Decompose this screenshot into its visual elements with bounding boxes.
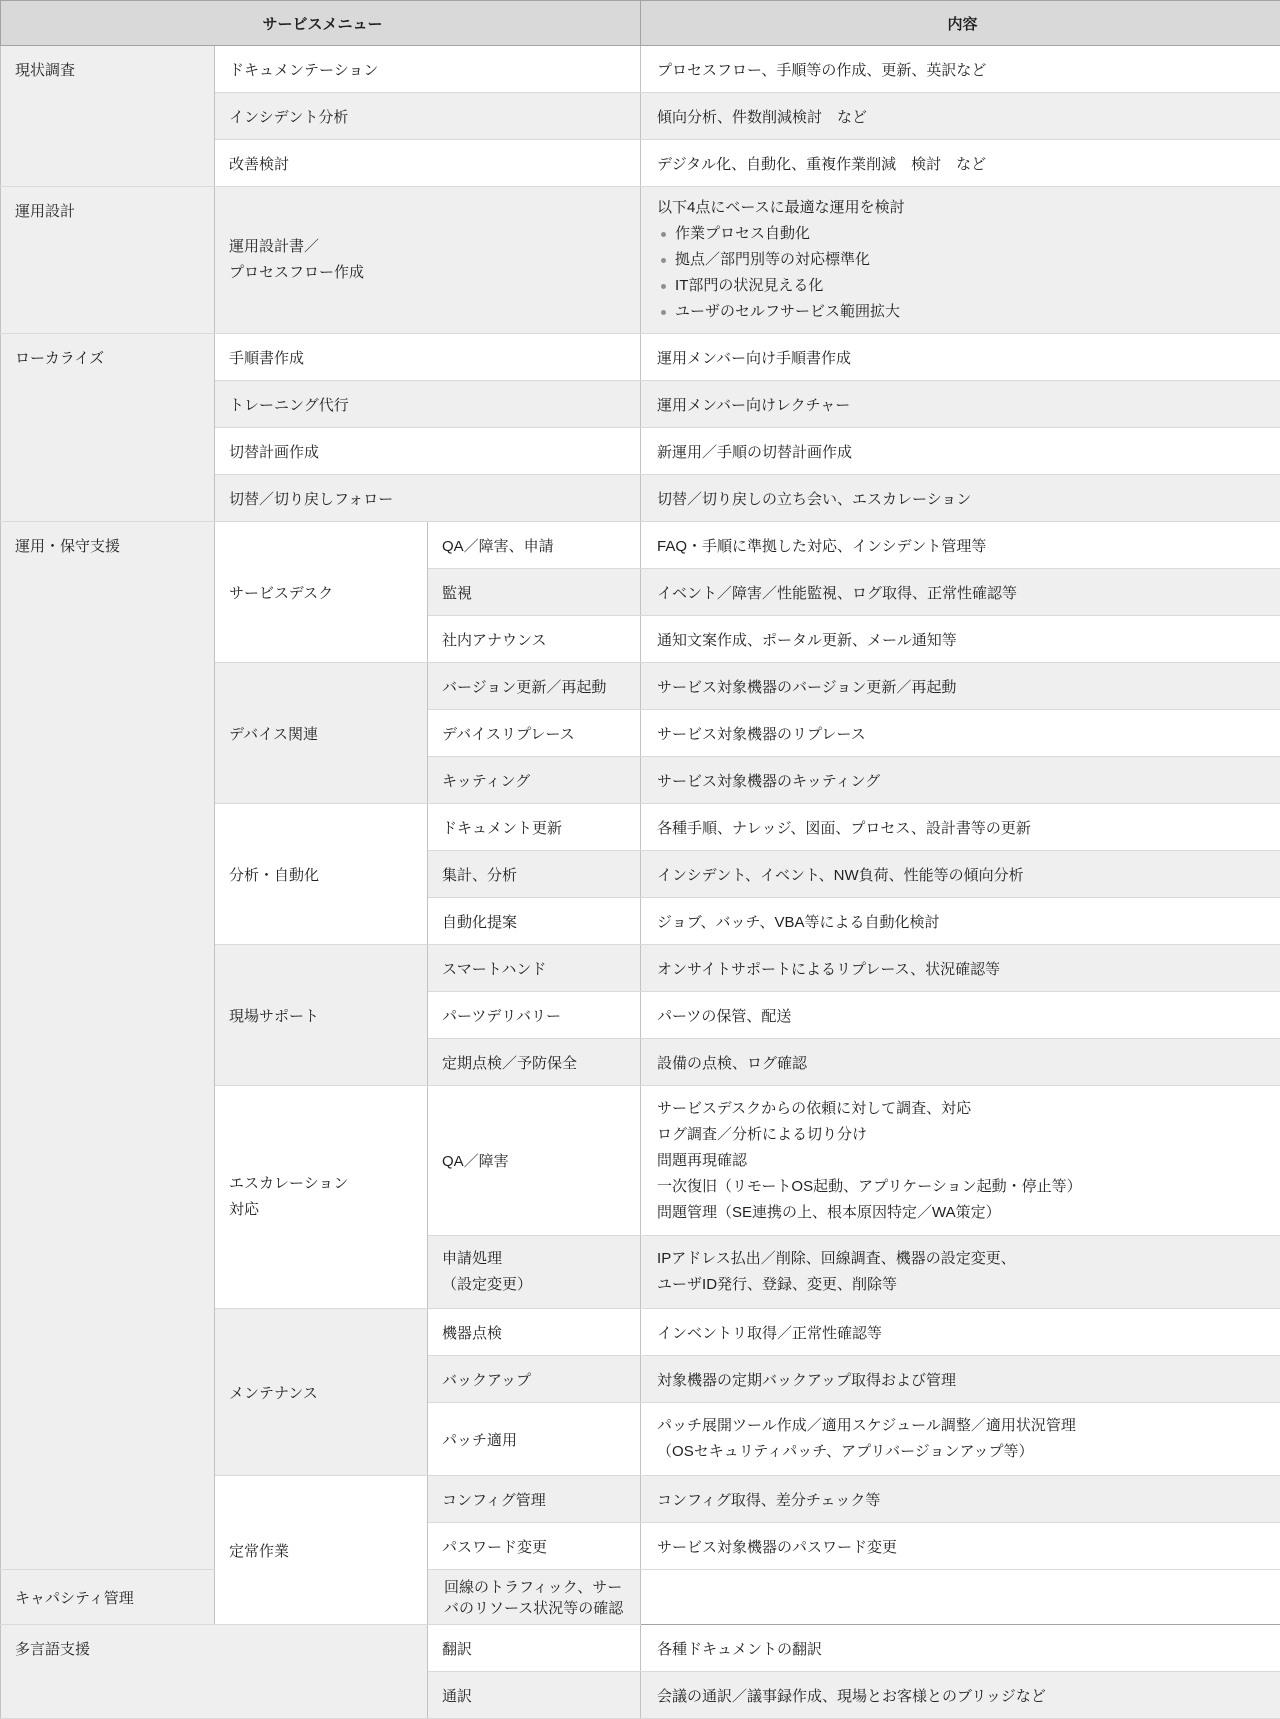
- service-item-cell: 自動化提案: [428, 898, 641, 945]
- service-item-cell: ドキュメント更新: [428, 804, 641, 851]
- content-cell: サービス対象機器のキッティング: [641, 757, 1280, 804]
- subcategory-cell: エスカレーション 対応: [215, 1086, 428, 1309]
- header-service-menu: サービスメニュー: [1, 1, 641, 46]
- content-cell: ジョブ、バッチ、VBA等による自動化検討: [641, 898, 1280, 945]
- content-cell: サービス対象機器のパスワード変更: [641, 1523, 1280, 1570]
- content-cell: 運用メンバー向け手順書作成: [641, 334, 1280, 381]
- service-item-cell: トレーニング代行: [215, 381, 641, 428]
- service-item-cell: 機器点検: [428, 1309, 641, 1356]
- content-intro: 以下4点にベースに最適な運用を検討: [657, 195, 1270, 221]
- list-item: ユーザのセルフサービス範囲拡大: [657, 299, 1270, 325]
- service-item-cell: パスワード変更: [428, 1523, 641, 1570]
- service-item-cell: パッチ適用: [428, 1403, 641, 1476]
- subcategory-cell: デバイス関連: [215, 663, 428, 804]
- category-cell: 運用・保守支援: [1, 522, 215, 1570]
- table-row: 運用設計 運用設計書／ プロセスフロー作成 以下4点にベースに最適な運用を検討 …: [1, 187, 1280, 334]
- design-consideration-list: 作業プロセス自動化 拠点／部門別等の対応標準化 IT部門の状況見える化 ユーザの…: [657, 221, 1270, 325]
- service-item-cell: パーツデリバリー: [428, 992, 641, 1039]
- table-row: ローカライズ 手順書作成 運用メンバー向け手順書作成: [1, 334, 1280, 381]
- service-item-cell: 申請処理 （設定変更）: [428, 1236, 641, 1309]
- content-cell: イベント／障害／性能監視、ログ取得、正常性確認等: [641, 569, 1280, 616]
- content-cell: 各種ドキュメントの翻訳: [641, 1625, 1280, 1672]
- subcategory-cell: 定常作業: [215, 1476, 428, 1625]
- service-item-cell: 通訳: [428, 1672, 641, 1719]
- content-cell: デジタル化、自動化、重複作業削減 検討 など: [641, 140, 1280, 187]
- service-item-cell: 切替／切り戻しフォロー: [215, 475, 641, 522]
- table-header-row: サービスメニュー 内容: [1, 1, 1280, 46]
- service-menu-table: サービスメニュー 内容 現状調査 ドキュメンテーション プロセスフロー、手順等の…: [0, 0, 1280, 1719]
- content-cell: 新運用／手順の切替計画作成: [641, 428, 1280, 475]
- content-cell: サービス対象機器のリプレース: [641, 710, 1280, 757]
- content-cell: オンサイトサポートによるリプレース、状況確認等: [641, 945, 1280, 992]
- service-item-cell: キッティング: [428, 757, 641, 804]
- service-item-cell: バージョン更新／再起動: [428, 663, 641, 710]
- category-cell: ローカライズ: [1, 334, 215, 522]
- service-item-cell: 切替計画作成: [215, 428, 641, 475]
- content-cell: 以下4点にベースに最適な運用を検討 作業プロセス自動化 拠点／部門別等の対応標準…: [641, 187, 1280, 334]
- service-item-cell: 定期点検／予防保全: [428, 1039, 641, 1086]
- content-cell: パーツの保管、配送: [641, 992, 1280, 1039]
- service-item-cell: インシデント分析: [215, 93, 641, 140]
- service-item-cell: バックアップ: [428, 1356, 641, 1403]
- category-cell: 多言語支援: [1, 1625, 428, 1719]
- table-row: 多言語支援 翻訳 各種ドキュメントの翻訳: [1, 1625, 1280, 1672]
- content-cell: サービスデスクからの依頼に対して調査、対応 ログ調査／分析による切り分け 問題再…: [641, 1086, 1280, 1236]
- content-cell: コンフィグ取得、差分チェック等: [641, 1476, 1280, 1523]
- table-row: 現状調査 ドキュメンテーション プロセスフロー、手順等の作成、更新、英訳など: [1, 46, 1280, 93]
- subcategory-cell: 分析・自動化: [215, 804, 428, 945]
- service-item-cell: 監視: [428, 569, 641, 616]
- subcategory-cell: メンテナンス: [215, 1309, 428, 1476]
- content-cell: プロセスフロー、手順等の作成、更新、英訳など: [641, 46, 1280, 93]
- content-cell: 通知文案作成、ポータル更新、メール通知等: [641, 616, 1280, 663]
- content-cell: IPアドレス払出／削除、回線調査、機器の設定変更、 ユーザID発行、登録、変更、…: [641, 1236, 1280, 1309]
- content-cell: 各種手順、ナレッジ、図面、プロセス、設計書等の更新: [641, 804, 1280, 851]
- content-cell: 対象機器の定期バックアップ取得および管理: [641, 1356, 1280, 1403]
- service-item-cell: 社内アナウンス: [428, 616, 641, 663]
- service-item-cell: スマートハンド: [428, 945, 641, 992]
- service-item-cell: 集計、分析: [428, 851, 641, 898]
- content-cell: インベントリ取得／正常性確認等: [641, 1309, 1280, 1356]
- content-cell: サービス対象機器のバージョン更新／再起動: [641, 663, 1280, 710]
- service-item-cell: デバイスリプレース: [428, 710, 641, 757]
- list-item: IT部門の状況見える化: [657, 273, 1270, 299]
- service-item-cell: ドキュメンテーション: [215, 46, 641, 93]
- category-cell: 現状調査: [1, 46, 215, 187]
- content-cell: パッチ展開ツール作成／適用スケジュール調整／適用状況管理 （OSセキュリティパッ…: [641, 1403, 1280, 1476]
- list-item: 作業プロセス自動化: [657, 221, 1270, 247]
- service-item-cell: QA／障害: [428, 1086, 641, 1236]
- service-item-cell: QA／障害、申請: [428, 522, 641, 569]
- service-item-cell: キャパシティ管理: [1, 1570, 215, 1625]
- service-menu-page: サービスメニュー 内容 現状調査 ドキュメンテーション プロセスフロー、手順等の…: [0, 0, 1280, 1719]
- table-row: 運用・保守支援 サービスデスク QA／障害、申請 FAQ・手順に準拠した対応、イ…: [1, 522, 1280, 569]
- service-item-cell: コンフィグ管理: [428, 1476, 641, 1523]
- subcategory-cell: 現場サポート: [215, 945, 428, 1086]
- service-item-cell: 運用設計書／ プロセスフロー作成: [215, 187, 641, 334]
- service-item-cell: 翻訳: [428, 1625, 641, 1672]
- service-item-cell: 手順書作成: [215, 334, 641, 381]
- subcategory-cell: サービスデスク: [215, 522, 428, 663]
- content-cell: 設備の点検、ログ確認: [641, 1039, 1280, 1086]
- content-cell: 傾向分析、件数削減検討 など: [641, 93, 1280, 140]
- header-content: 内容: [641, 1, 1280, 46]
- service-item-cell: 改善検討: [215, 140, 641, 187]
- list-item: 拠点／部門別等の対応標準化: [657, 247, 1270, 273]
- content-cell: 会議の通訳／議事録作成、現場とお客様とのブリッジなど: [641, 1672, 1280, 1719]
- table-row: キャパシティ管理 回線のトラフィック、サーバのリソース状況等の確認: [1, 1570, 1280, 1625]
- content-cell: 切替／切り戻しの立ち会い、エスカレーション: [641, 475, 1280, 522]
- category-cell: 運用設計: [1, 187, 215, 334]
- content-cell: インシデント、イベント、NW負荷、性能等の傾向分析: [641, 851, 1280, 898]
- content-cell: 回線のトラフィック、サーバのリソース状況等の確認: [428, 1570, 641, 1625]
- content-cell: 運用メンバー向けレクチャー: [641, 381, 1280, 428]
- content-cell: FAQ・手順に準拠した対応、インシデント管理等: [641, 522, 1280, 569]
